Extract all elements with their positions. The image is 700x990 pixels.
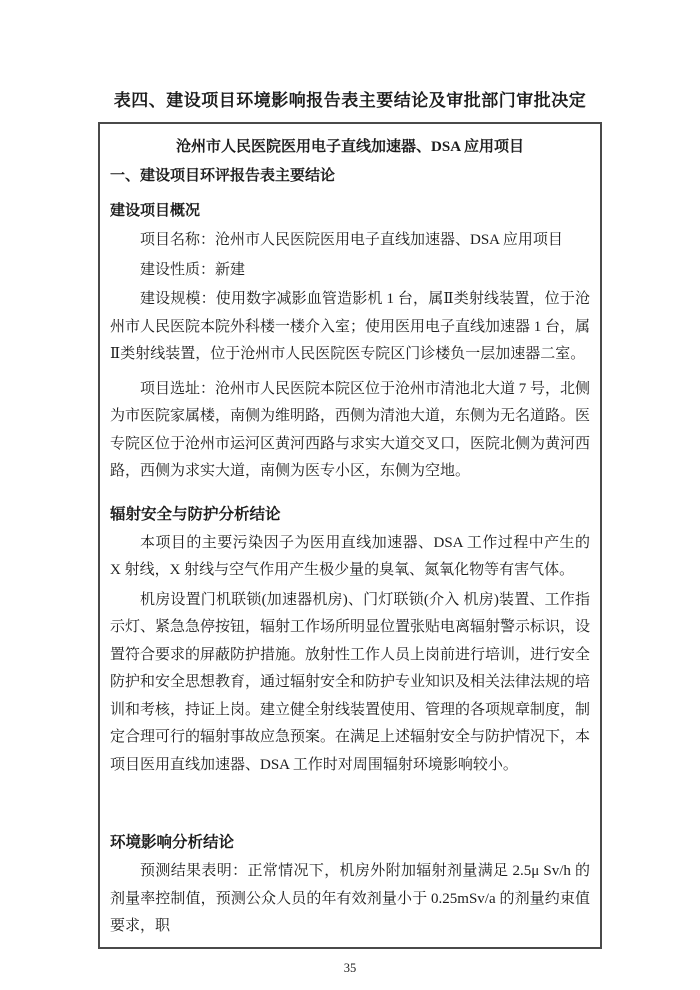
subsection-heading-environmental-impact: 环境影响分析结论 xyxy=(110,829,590,856)
section-heading-main-conclusions: 一、建设项目环评报告表主要结论 xyxy=(110,163,590,190)
page-title: 表四、建设项目环境影响报告表主要结论及审批部门审批决定 xyxy=(0,0,700,122)
paragraph-construction-nature: 建设性质：新建 xyxy=(110,257,590,285)
subsection-heading-radiation-safety: 辐射安全与防护分析结论 xyxy=(110,501,590,528)
page-number: 35 xyxy=(0,961,700,976)
paragraph-pollution-factors: 本项目的主要污染因子为医用直线加速器、DSA 工作过程中产生的 X 射线，X 射… xyxy=(110,530,590,585)
subsection-heading-project-overview: 建设项目概况 xyxy=(110,198,590,225)
document-page: 表四、建设项目环境影响报告表主要结论及审批部门审批决定 沧州市人民医院医用电子直… xyxy=(0,0,700,990)
paragraph-project-name: 项目名称：沧州市人民医院医用电子直线加速器、DSA 应用项目 xyxy=(110,227,590,255)
paragraph-prediction-results: 预测结果表明：正常情况下，机房外附加辐射剂量满足 2.5μ Sv/h 的剂量率控… xyxy=(110,858,590,941)
paragraph-project-site: 项目选址：沧州市人民医院本院区位于沧州市清池北大道 7 号，北侧为市医院家属楼，… xyxy=(110,376,590,486)
paragraph-construction-scale: 建设规模：使用数字减影血管造影机 1 台，属Ⅱ类射线装置，位于沧州市人民医院本院… xyxy=(110,286,590,369)
table-header-project-name: 沧州市人民医院医用电子直线加速器、DSA 应用项目 xyxy=(110,134,590,161)
paragraph-safety-measures: 机房设置门机联锁(加速器机房)、门灯联锁(介入 机房)装置、工作指示灯、紧急急停… xyxy=(110,587,590,780)
report-table: 沧州市人民医院医用电子直线加速器、DSA 应用项目 一、建设项目环评报告表主要结… xyxy=(98,122,602,949)
